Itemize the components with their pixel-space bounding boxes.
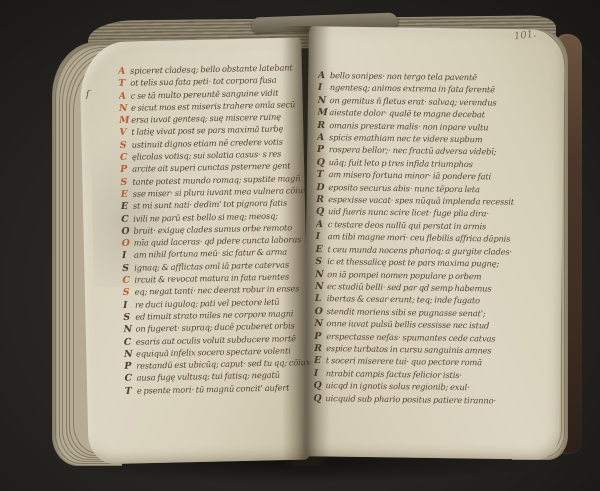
line-initial: R [314,343,323,354]
line-text: am nihil fortuna meū· sic fatur & arma [134,247,287,260]
line-text: t ceu munda nocens pharioq; a gurgite cl… [327,244,512,257]
line-text: ausa fugę vultusq; tui fatisq; negatū [136,370,280,383]
line-text: espexisse vacat· spes nūquā implenda rec… [328,194,514,207]
line-initial: Q [314,380,323,391]
line-initial: P [314,331,323,342]
line-text: ersa iuvat gentesq; suę miscere ruinę [131,112,281,125]
line-initial: M [317,107,326,118]
line-text: omanis prestare malis· non inpare vultu [329,120,488,132]
line-initial: A [118,66,127,77]
line-initial: A [318,70,327,81]
line-initial: O [121,226,130,237]
line-initial: S [315,256,324,267]
right-page-text: Abello sonipes· non tergo tela paventēIn… [313,70,546,408]
line-text: bello sonipes· non tergo tela paventē [330,70,477,82]
line-text: t soceri miserere tui· quo pectore romā [326,355,482,367]
line-initial: I [314,368,323,379]
line-initial: N [314,318,323,329]
line-text: t latię vivat post se pars maximā turbę [131,124,283,137]
line-initial: C [121,213,130,224]
line-initial: C [124,373,133,384]
line-initial: S [123,312,132,323]
line-initial: T [316,169,325,180]
line-text: bruit· exiguę clades sumus orbe remoto [133,222,292,235]
line-initial: R [316,194,325,205]
line-initial: M [119,115,128,126]
line-initial: A [316,219,325,230]
line-text: ntrabit campis factus felicior istis· [326,368,462,380]
line-initial: C [122,275,131,286]
manuscript-photo: Aspiceret cladesq; bello obstante lateba… [0,0,600,491]
line-text: on fugeret· supraq; ducē pcuberet orbis [135,321,294,334]
line-initial: Q [317,157,326,168]
line-initial: N [317,95,326,106]
line-text: espice turbatos in cursu sanguinis amnes [326,343,491,355]
line-text: spiceret cladesq; bello obstante lateban… [130,62,293,75]
line-initial: V [119,127,128,138]
line-text: rospera bellor;· nec fractū adversa vide… [329,145,497,157]
line-initial: I [318,82,327,93]
line-initial: C [124,336,133,347]
line-text: esaris aut oculis voluit subducere mortē [136,333,296,346]
line-initial: S [120,140,129,151]
line-text: ivili ne parū est bello si meq; meosq; [133,210,278,223]
left-page-text: Aspiceret cladesq; bello obstante lateba… [118,62,311,398]
line-initial: P [124,361,133,372]
line-text: ęlicolas votisq; sui solatia casus· s re… [132,149,282,162]
line-text: ustinuit dignos etiam nē credere votis [132,136,283,149]
line-text: mīa quid laceras· qd pdere cuncta labora… [134,234,302,248]
line-initial: Q [313,393,322,404]
line-initial: P [120,164,129,175]
line-initial: E [121,189,130,200]
margin-mark: ſ [86,90,89,100]
line-initial: Q [316,206,325,217]
line-text: onne iuvat pulsū bellis cessisse nec ist… [326,318,489,330]
line-initial: N [119,103,128,114]
line-text: ot telis sua fata peti· tot corpora fusa [130,75,276,88]
line-initial: S [123,287,132,298]
line-text: eposito securus abis· nunc tēpora leta [328,182,480,194]
line-text: uicqd in ignotis solus regionib; exul· [326,380,470,392]
line-text: on gemitus ñ fletus erat· salvaq; verend… [330,95,497,107]
line-initial: O [122,238,131,249]
line-text: uicquid sub phario positus patiere tiran… [325,393,496,405]
line-initial: I [123,299,132,310]
line-initial: L [315,293,324,304]
line-initial: A [119,90,128,101]
line-text: ed timuit strato miles ne corpore magni [135,308,293,321]
line-text: eq; negat tanti· nec deerat robur in ens… [135,284,300,297]
line-initial: P [317,144,326,155]
line-text: on iā pompei nomen populare p orbem [327,269,481,281]
line-text: erspectasse nefas· spumantes cede catvas [326,331,495,343]
line-initial: E [121,201,130,212]
line-initial: E [314,355,323,366]
line-text: e psente mori· tū magnū concit' aufert [137,382,290,395]
line-initial: N [315,281,324,292]
line-text: tante potest mundo romaq; supstite magñ [132,173,300,187]
line-initial: T [125,385,134,396]
line-text: c se tā multo pereuntē sanguine vidit [131,87,279,100]
line-text: am tibi magne mori· ceu flebilis affrica… [328,231,511,244]
line-initial: C [120,152,129,163]
line-initial: I [122,250,131,261]
line-text: aiestate dolor· qualē te magne decebat [329,107,485,119]
line-initial: S [122,263,131,274]
line-text: ircuit & revocat matura in fata ruentes [134,272,289,285]
line-text: re duci iuguloq; pati vel pectore letū [135,296,280,309]
line-initial: O [315,306,324,317]
line-text: spicis emathiam nec te videre supbum [329,132,483,144]
line-text: uāq; fuit leto p tres infida triumphos [329,157,473,169]
line-text: c testare deos nullū qui perstat in armi… [328,219,486,231]
line-text: am misero fortuna minor· iā pondere fati [328,169,491,181]
line-text: uid fueris nunc scire licet· fuge plia d… [328,207,489,219]
line-text: ignaq; & afflictas omī iā parte catervas [134,259,289,272]
line-initial: I [316,231,325,242]
line-initial: S [120,176,129,187]
line-initial: N [124,349,133,360]
line-text: e sicut mos est miseris trahere omīa sec… [131,99,296,112]
line-text: arcite ait superi cunctas psternere gent [132,161,291,174]
line-initial: A [317,132,326,143]
line-text: ngentesq; animos extrema in fata ferentē [330,83,495,95]
line-initial: N [123,324,132,335]
line-initial: E [315,244,324,255]
line-text: ic et thessalicę post te pars maxima pug… [327,256,499,268]
line-initial: D [316,182,325,193]
line-text: ec studiū belli· sed par qd semp habemus [327,281,492,293]
line-text: st mi sunt nati· dedim' tot pignora fati… [133,198,287,211]
line-initial: R [317,120,326,131]
line-text: ibertas & cesar erunt; teq; inde fugato [327,293,480,305]
line-text: equiquā infelix socero spectare volenti [136,345,291,358]
line-text: stendit moriens sibi se pugnasse senat'; [327,306,486,318]
line-initial: N [315,268,324,279]
line-initial: T [118,78,127,89]
